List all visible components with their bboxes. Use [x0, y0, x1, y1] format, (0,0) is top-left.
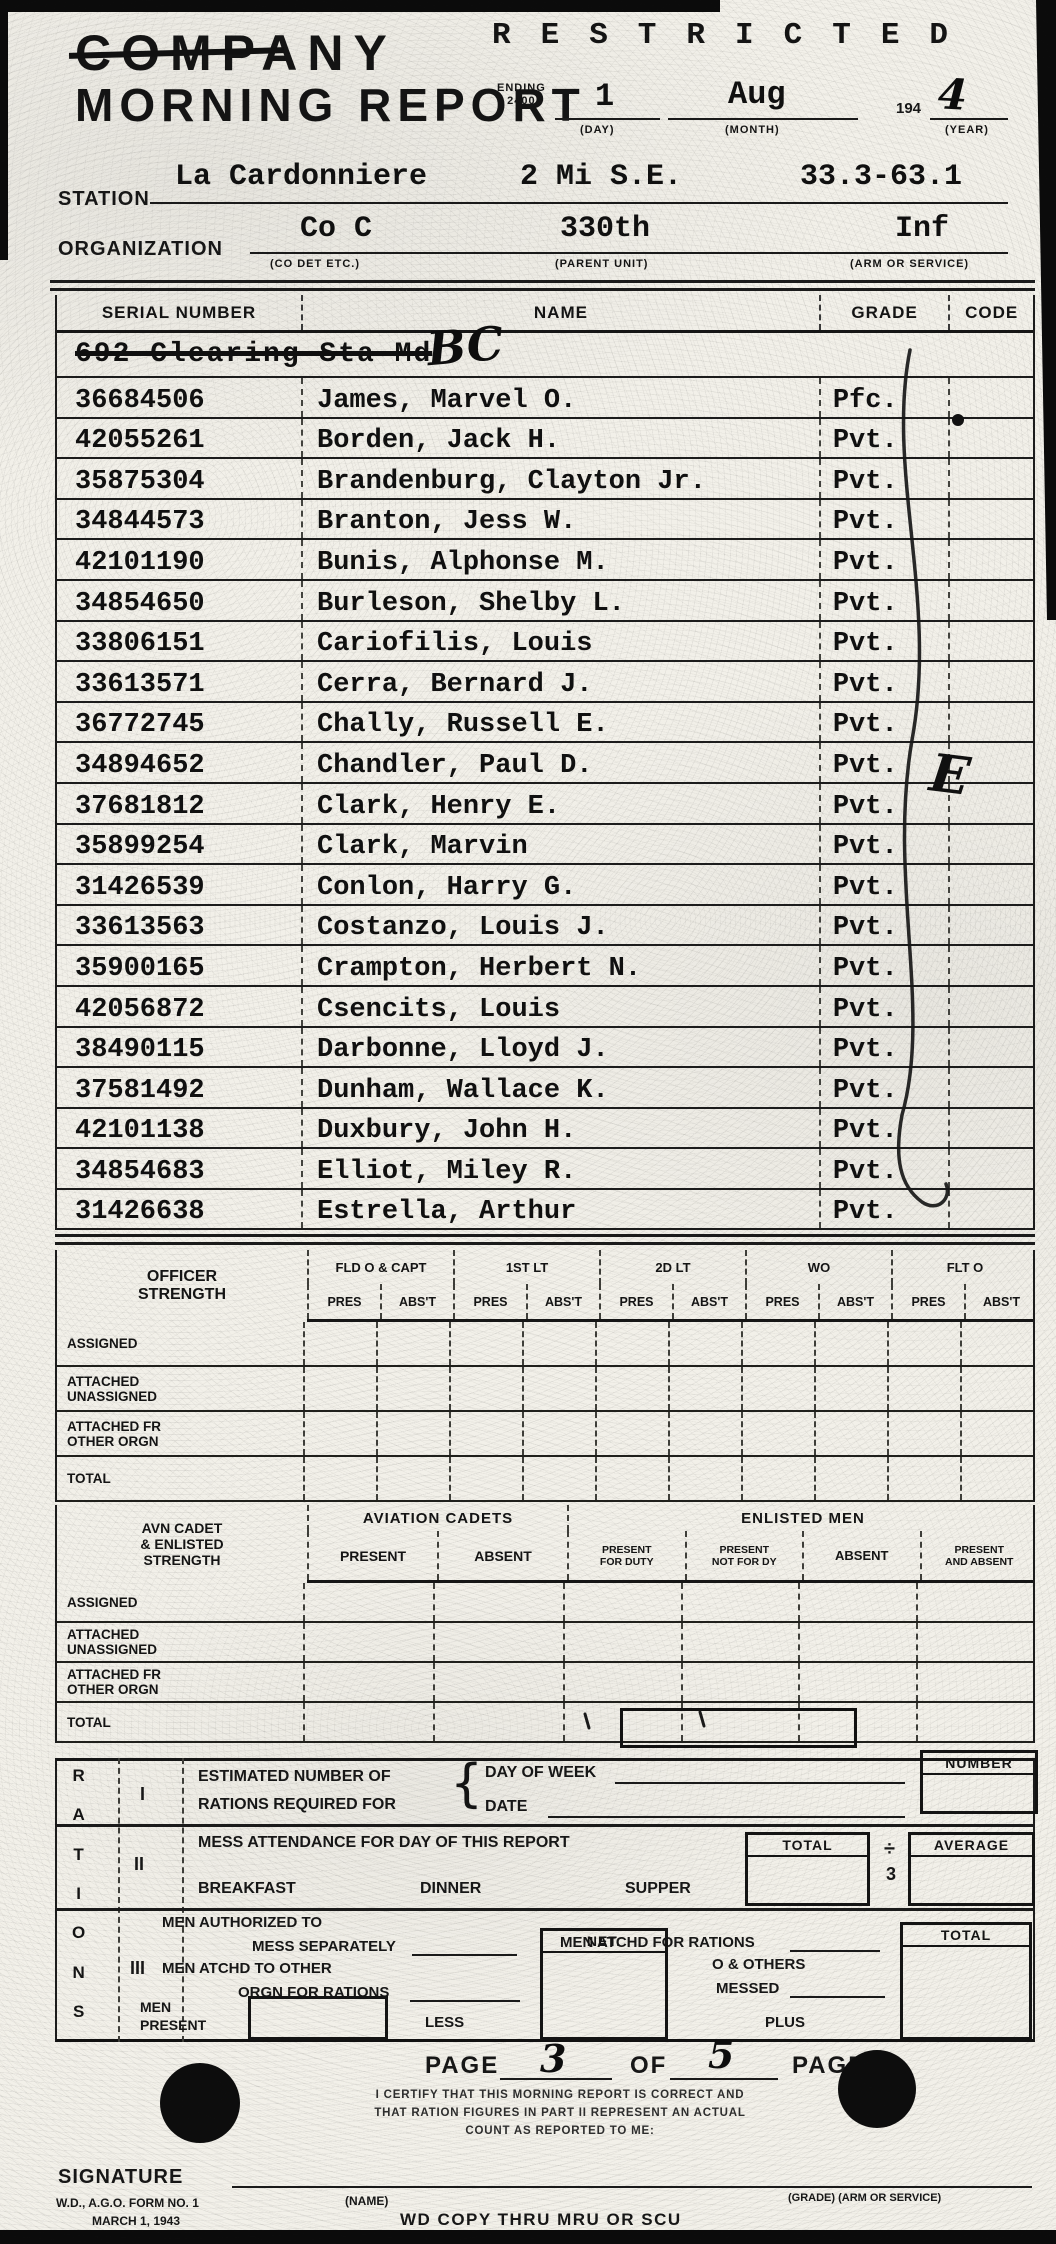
row-cells [303, 1367, 1033, 1410]
page-label: PAGE [425, 2052, 499, 2080]
group-header-row: AVIATION CADETS ENLISTED MEN [307, 1505, 1033, 1531]
empty-cell [303, 1583, 433, 1621]
grade-value: Pvt. [819, 987, 949, 1026]
station-underline [150, 202, 1008, 204]
serial-number: 33806151 [57, 622, 301, 661]
empty-cell [916, 1663, 1034, 1701]
rations1-line2: RATIONS REQUIRED FOR [198, 1796, 396, 1814]
empty-cell [563, 1623, 681, 1661]
empty-cell [814, 1367, 887, 1410]
rations-numeral-2: II [134, 1854, 144, 1875]
rations-vertical-letter: S [73, 2002, 84, 2022]
empty-cell [916, 1703, 1034, 1741]
month-underline [668, 118, 858, 120]
empty-cell [916, 1583, 1034, 1621]
pres-subheader: PRES [599, 1284, 672, 1319]
org-sublabel-co: (CO DET ETC.) [270, 258, 360, 270]
punch-hole-right [838, 2050, 916, 2128]
serial-number: 34844573 [57, 500, 301, 539]
aviation-cadets-header: AVIATION CADETS [307, 1505, 567, 1531]
empty-cell [303, 1322, 376, 1365]
struck-entry-row: 692 Clearing Sta Md BC [57, 333, 1033, 378]
cert-line-1: I CERTIFY THAT THIS MORNING REPORT IS CO… [330, 2086, 790, 2104]
month-sublabel: (MONTH) [725, 124, 780, 136]
station-label: STATION [58, 188, 150, 211]
org-arm-value: Inf [895, 212, 949, 246]
roster-row: 42101190 Bunis, Alphonse M. Pvt. [57, 540, 1033, 581]
pages-total-line [670, 2078, 778, 2080]
abst-subheader: ABS'T [818, 1284, 891, 1319]
empty-cell [376, 1322, 449, 1365]
officer-group-header: 1ST LT [453, 1250, 599, 1284]
row-label: ATTACHED UNASSIGNED [57, 1623, 303, 1661]
empty-cell [522, 1457, 595, 1500]
soldier-name: Dunham, Wallace K. [301, 1068, 819, 1107]
empty-cell [303, 1457, 376, 1500]
empty-cell [522, 1412, 595, 1455]
empty-cell [303, 1412, 376, 1455]
org-sublabel-unit: (PARENT UNIT) [555, 258, 648, 270]
officer-subheader-row: PRES ABS'T PRES ABS'T PRES ABS'T PRES AB… [307, 1284, 1033, 1322]
empty-cell [595, 1367, 668, 1410]
plus-label: PLUS [765, 2014, 805, 2031]
grade-value: Pvt. [819, 1068, 949, 1107]
org-company-value: Co C [300, 212, 372, 246]
empty-cell [376, 1367, 449, 1410]
rations-numeral-3: III [130, 1958, 145, 1979]
empty-cell [960, 1412, 1033, 1455]
empty-cell [814, 1412, 887, 1455]
code-cell [948, 378, 1033, 417]
code-cell [948, 581, 1033, 620]
code-cell [948, 662, 1033, 701]
grade-value: Pvt. [819, 1190, 949, 1229]
code-cell [948, 987, 1033, 1026]
men-atchd-rations-line [790, 1950, 880, 1952]
date-day-value: 1 [595, 78, 614, 115]
cadet-enlisted-title: AVN CADET & ENLISTED STRENGTH [57, 1505, 307, 1583]
total-row-highlight-box [620, 1708, 857, 1748]
empty-cell [887, 1367, 960, 1410]
scan-edge-top [0, 0, 720, 12]
ending-2400-label: ENDING 2400 [497, 82, 546, 108]
roster-row: 31426539 Conlon, Harry G. Pvt. [57, 865, 1033, 906]
cadets-absent-header: ABSENT [437, 1531, 567, 1580]
row-cells [303, 1322, 1033, 1365]
rations-vertical-letter: I [76, 1884, 81, 1904]
serial-number: 31426539 [57, 865, 301, 904]
soldier-name: James, Marvel O. [301, 378, 819, 417]
year-underline [930, 118, 1008, 120]
form-date: MARCH 1, 1943 [92, 2214, 180, 2228]
empty-cell [449, 1367, 522, 1410]
signature-label: SIGNATURE [58, 2166, 183, 2189]
em-col-line: FOR DUTY [600, 1556, 654, 1568]
rations-vertical-label: R A T I O N S [72, 1766, 85, 2022]
pages-total-handwritten: 5 [708, 2032, 734, 2077]
mess-total-label: TOTAL [748, 1835, 867, 1857]
men-present-label: MEN PRESENT [140, 1998, 206, 2034]
serial-number: 37581492 [57, 1068, 301, 1107]
year-handwritten: 4 [937, 69, 969, 119]
roster-row: 37681812 Clark, Henry E. Pvt. [57, 784, 1033, 825]
number-box: NUMBER [920, 1750, 1038, 1814]
soldier-name: Darbonne, Lloyd J. [301, 1028, 819, 1067]
row-label: TOTAL [57, 1457, 303, 1500]
roster-row: 42101138 Duxbury, John H. Pvt. [57, 1109, 1033, 1150]
empty-cell [798, 1623, 916, 1661]
row-label: ATTACHED FR OTHER ORGN [57, 1412, 303, 1455]
station-value-distance: 2 Mi S.E. [520, 160, 682, 194]
grade-value: Pvt. [819, 743, 949, 782]
code-cell [948, 1109, 1033, 1148]
serial-number: 34854683 [57, 1149, 301, 1188]
serial-number: 31426638 [57, 1190, 301, 1229]
soldier-name: Burleson, Shelby L. [301, 581, 819, 620]
ending-time: 2400 [497, 95, 546, 108]
officer-strength-row: ASSIGNED [57, 1322, 1033, 1367]
row-label: ATTACHED FR OTHER ORGN [57, 1663, 303, 1701]
code-header: CODE [948, 295, 1033, 330]
soldier-name: Estrella, Arthur [301, 1190, 819, 1229]
soldier-name: Brandenburg, Clayton Jr. [301, 459, 819, 498]
grade-arm-sublabel: (GRADE) (ARM OR SERVICE) [788, 2192, 941, 2204]
cert-line-2: THAT RATION FIGURES IN PART II REPRESENT… [330, 2104, 790, 2122]
grade-value: Pvt. [819, 784, 949, 823]
code-cell [948, 703, 1033, 742]
breakfast-label: BREAKFAST [198, 1880, 296, 1898]
rations-total-label: TOTAL [903, 1925, 1029, 1947]
roster-row: 33613571 Cerra, Bernard J. Pvt. [57, 662, 1033, 703]
code-cell [948, 865, 1033, 904]
average-box: AVERAGE [908, 1832, 1035, 1906]
em-absent-header: ABSENT [802, 1531, 920, 1580]
empty-cell [668, 1322, 741, 1365]
station-value-coords: 33.3-63.1 [800, 160, 962, 194]
soldier-name: Conlon, Harry G. [301, 865, 819, 904]
empty-cell [433, 1663, 563, 1701]
grade-value: Pvt. [819, 946, 949, 985]
code-cell [948, 1068, 1033, 1107]
abst-subheader: ABS'T [964, 1284, 1037, 1319]
officer-body-rows: ASSIGNED ATTACHED UNASSIGNED ATTACHED FR… [57, 1322, 1033, 1502]
roster-row: 34844573 Branton, Jess W. Pvt. [57, 500, 1033, 541]
day-of-week-line [615, 1782, 905, 1784]
org-regiment-value: 330th [560, 212, 650, 246]
mess-separately-label: MESS SEPARATELY [252, 1938, 396, 1955]
dinner-label: DINNER [420, 1880, 481, 1898]
organization-underline [250, 252, 1008, 254]
year-sublabel: (YEAR) [945, 124, 989, 136]
grade-value: Pvt. [819, 622, 949, 661]
em-col-line: PRESENT [954, 1544, 1004, 1556]
empty-cell [741, 1322, 814, 1365]
soldier-name: Crampton, Herbert N. [301, 946, 819, 985]
grade-value: Pvt. [819, 662, 949, 701]
serial-number: 35899254 [57, 825, 301, 864]
rations-divider-2 [55, 1908, 1035, 1911]
serial-number: 42101138 [57, 1109, 301, 1148]
empty-cell [303, 1367, 376, 1410]
row-label: ASSIGNED [57, 1322, 303, 1365]
divisor-three: 3 [886, 1864, 896, 1885]
serial-number: 42055261 [57, 419, 301, 458]
supper-label: SUPPER [625, 1880, 691, 1898]
row-cells [303, 1457, 1033, 1500]
empty-cell [449, 1412, 522, 1455]
code-cell [948, 540, 1033, 579]
empty-cell [522, 1367, 595, 1410]
others-messed-line [790, 1996, 885, 1998]
grade-value: Pvt. [819, 500, 949, 539]
serial-number: 35900165 [57, 946, 301, 985]
roster-row: 31426638 Estrella, Arthur Pvt. [57, 1190, 1033, 1231]
men-atchd-other-line [410, 2000, 520, 2002]
day-underline [555, 118, 660, 120]
officer-group-header: FLT O [891, 1250, 1037, 1284]
em-present-and-absent-header: PRESENT AND ABSENT [920, 1531, 1038, 1580]
em-present-duty-header: PRESENT FOR DUTY [567, 1531, 685, 1580]
code-cell [948, 1190, 1033, 1229]
roster-row: 35875304 Brandenburg, Clayton Jr. Pvt. [57, 459, 1033, 500]
roster-row: 34894652 Chandler, Paul D. Pvt. [57, 743, 1033, 784]
grade-value: Pvt. [819, 906, 949, 945]
rations-numeral-1: I [140, 1784, 145, 1805]
roster-table: SERIAL NUMBER NAME GRADE CODE 692 Cleari… [55, 295, 1035, 1230]
code-cell [948, 459, 1033, 498]
abst-subheader: ABS'T [672, 1284, 745, 1319]
code-cell [948, 500, 1033, 539]
empty-cell [681, 1583, 799, 1621]
em-col-line: PRESENT [602, 1544, 652, 1556]
day-of-week-label: DAY OF WEEK [485, 1764, 596, 1782]
enlisted-strength-row: TOTAL [57, 1703, 1033, 1743]
less-label: LESS [425, 2014, 464, 2031]
empty-cell [376, 1412, 449, 1455]
average-label: AVERAGE [911, 1835, 1032, 1857]
men-atchd-other-label1: MEN ATCHD TO OTHER [162, 1960, 332, 1977]
code-cell [948, 825, 1033, 864]
code-cell [948, 1028, 1033, 1067]
sub-header-row: PRESENT ABSENT PRESENT FOR DUTY PRESENT … [307, 1531, 1033, 1583]
page-no-handwritten: 3 [540, 2036, 566, 2081]
struck-entry-text: 692 Clearing Sta Md [75, 339, 432, 370]
serial-number: 34854650 [57, 581, 301, 620]
rations-vertical-letter: R [72, 1766, 84, 1786]
rations-vertical-letter: A [72, 1805, 84, 1825]
scan-edge-bottom [0, 2230, 1056, 2244]
empty-cell [960, 1322, 1033, 1365]
roster-row: 36684506 James, Marvel O. Pfc. [57, 378, 1033, 419]
grade-value: Pvt. [819, 1109, 949, 1148]
empty-cell [595, 1322, 668, 1365]
row-label: ATTACHED UNASSIGNED [57, 1367, 303, 1410]
officer-strength-row: TOTAL [57, 1457, 1033, 1502]
classification-banner: RESTRICTED [492, 18, 978, 53]
name-header: NAME [301, 295, 819, 330]
code-cell [948, 784, 1033, 823]
roster-row: 34854683 Elliot, Miley R. Pvt. [57, 1149, 1033, 1190]
empty-cell [798, 1663, 916, 1701]
abst-subheader: ABS'T [380, 1284, 453, 1319]
empty-cell [522, 1322, 595, 1365]
officer-group-header: FLD O & CAPT [307, 1250, 453, 1284]
grade-value: Pvt. [819, 581, 949, 620]
officer-strength-row: ATTACHED UNASSIGNED [57, 1367, 1033, 1412]
empty-cell [916, 1623, 1034, 1661]
roster-row: 42056872 Csencits, Louis Pvt. [57, 987, 1033, 1028]
empty-cell [303, 1663, 433, 1701]
pres-subheader: PRES [453, 1284, 526, 1319]
men-authorized-label: MEN AUTHORIZED TO [162, 1914, 322, 1931]
empty-cell [741, 1457, 814, 1500]
roster-rows: 36684506 James, Marvel O. Pfc. 42055261 … [57, 378, 1033, 1230]
organization-label: ORGANIZATION [58, 238, 223, 261]
em-col-line: ABSENT [835, 1548, 888, 1563]
of-label: OF [630, 2052, 667, 2080]
grade-value: Pvt. [819, 865, 949, 904]
code-cell [948, 906, 1033, 945]
empty-cell [887, 1412, 960, 1455]
enlisted-men-header: ENLISTED MEN [567, 1505, 1037, 1531]
others-label2: MESSED [716, 1980, 779, 1997]
empty-cell [960, 1367, 1033, 1410]
roster-row: 33806151 Cariofilis, Louis Pvt. [57, 622, 1033, 663]
soldier-name: Chandler, Paul D. [301, 743, 819, 782]
soldier-name: Duxbury, John H. [301, 1109, 819, 1148]
em-col-line: AND ABSENT [945, 1556, 1013, 1568]
serial-number: 37681812 [57, 784, 301, 823]
rations-divider-1 [55, 1824, 1035, 1827]
soldier-name: Clark, Marvin [301, 825, 819, 864]
grade-value: Pvt. [819, 1028, 949, 1067]
soldier-name: Borden, Jack H. [301, 419, 819, 458]
header-divider-2 [50, 288, 1035, 291]
grade-value: Pfc. [819, 378, 949, 417]
date-field-label: DATE [485, 1798, 527, 1816]
code-cell [948, 1149, 1033, 1188]
enlisted-strength-row: ASSIGNED [57, 1583, 1033, 1623]
empty-cell [681, 1623, 799, 1661]
number-box-label: NUMBER [923, 1753, 1035, 1775]
empty-cell [303, 1623, 433, 1661]
empty-cell [433, 1703, 563, 1741]
empty-cell [595, 1412, 668, 1455]
enlisted-strength-row: ATTACHED FR OTHER ORGN [57, 1663, 1033, 1703]
serial-number: 42101190 [57, 540, 301, 579]
serial-number: 33613563 [57, 906, 301, 945]
roster-row: 34854650 Burleson, Shelby L. Pvt. [57, 581, 1033, 622]
enlisted-body-rows: ASSIGNED ATTACHED UNASSIGNED ATTACHED FR… [57, 1583, 1033, 1743]
serial-number: 38490115 [57, 1028, 301, 1067]
empty-cell [814, 1457, 887, 1500]
certification-text: I CERTIFY THAT THIS MORNING REPORT IS CO… [330, 2086, 790, 2140]
roster-bottom-rule-2 [55, 1242, 1035, 1245]
enlisted-strength-row: ATTACHED UNASSIGNED [57, 1623, 1033, 1663]
pres-subheader: PRES [307, 1284, 380, 1319]
roster-header-row: SERIAL NUMBER NAME GRADE CODE [57, 295, 1033, 333]
pres-subheader: PRES [891, 1284, 964, 1319]
roster-row: 35900165 Crampton, Herbert N. Pvt. [57, 946, 1033, 987]
empty-cell [741, 1412, 814, 1455]
org-sublabel-arm: (ARM OR SERVICE) [850, 258, 969, 270]
empty-cell [887, 1457, 960, 1500]
copy-routing-note: WD COPY THRU MRU OR SCU [400, 2210, 682, 2230]
em-col-line: PRESENT [719, 1544, 769, 1556]
em-col-line: NOT FOR DY [712, 1556, 777, 1568]
serial-number: 36772745 [57, 703, 301, 742]
net-box: NET. [540, 1928, 668, 2040]
soldier-name: Cerra, Bernard J. [301, 662, 819, 701]
empty-cell [595, 1457, 668, 1500]
soldier-name: Csencits, Louis [301, 987, 819, 1026]
empty-cell [449, 1457, 522, 1500]
serial-number: 33613571 [57, 662, 301, 701]
grade-value: Pvt. [819, 459, 949, 498]
serial-number: 34894652 [57, 743, 301, 782]
soldier-name: Cariofilis, Louis [301, 622, 819, 661]
empty-cell [887, 1322, 960, 1365]
soldier-name: Clark, Henry E. [301, 784, 819, 823]
empty-cell [668, 1412, 741, 1455]
cert-line-3: COUNT AS REPORTED TO ME: [330, 2122, 790, 2140]
rations-total-box: TOTAL [900, 1922, 1032, 2040]
struck-entry-annotation: BC [425, 316, 506, 376]
form-title-line1: COMPANY [75, 24, 397, 82]
soldier-name: Costanzo, Louis J. [301, 906, 819, 945]
punch-hole-left [160, 2063, 240, 2143]
officer-group-header: WO [745, 1250, 891, 1284]
soldier-name: Elliot, Miley R. [301, 1149, 819, 1188]
men-present-box [248, 1996, 388, 2040]
empty-cell [563, 1663, 681, 1701]
scanned-morning-report: COMPANY RESTRICTED MORNING REPORT ENDING… [0, 0, 1056, 2244]
soldier-name: Branton, Jess W. [301, 500, 819, 539]
code-cell [948, 946, 1033, 985]
roster-row: 38490115 Darbonne, Lloyd J. Pvt. [57, 1028, 1033, 1069]
grade-value: Pvt. [819, 1149, 949, 1188]
roster-row: 33613563 Costanzo, Louis J. Pvt. [57, 906, 1033, 947]
empty-cell [798, 1583, 916, 1621]
soldier-name: Bunis, Alphonse M. [301, 540, 819, 579]
row-cells [303, 1412, 1033, 1455]
pres-subheader: PRES [745, 1284, 818, 1319]
enlisted-strength-table: AVN CADET & ENLISTED STRENGTH AVIATION C… [55, 1505, 1035, 1743]
officer-strength-row: ATTACHED FR OTHER ORGN [57, 1412, 1033, 1457]
empty-cell [814, 1322, 887, 1365]
roster-row: 37581492 Dunham, Wallace K. Pvt. [57, 1068, 1033, 1109]
cadets-present-header: PRESENT [307, 1531, 437, 1580]
station-value-place: La Cardonniere [175, 160, 427, 194]
code-cell [948, 419, 1033, 458]
empty-cell [668, 1367, 741, 1410]
scan-edge-left [0, 0, 8, 260]
date-month-value: Aug [728, 76, 786, 113]
empty-cell [960, 1457, 1033, 1500]
row-label: ASSIGNED [57, 1583, 303, 1621]
rations-vertical-letter: O [72, 1923, 85, 1943]
roster-row: 42055261 Borden, Jack H. Pvt. [57, 419, 1033, 460]
roster-row: 36772745 Chally, Russell E. Pvt. [57, 703, 1033, 744]
soldier-name: Chally, Russell E. [301, 703, 819, 742]
grade-value: Pvt. [819, 703, 949, 742]
empty-cell [376, 1457, 449, 1500]
rations1-line1: ESTIMATED NUMBER OF [198, 1768, 391, 1786]
empty-cell [433, 1583, 563, 1621]
grade-value: Pvt. [819, 825, 949, 864]
grade-header: GRADE [819, 295, 948, 330]
ending-label: ENDING [497, 82, 546, 95]
